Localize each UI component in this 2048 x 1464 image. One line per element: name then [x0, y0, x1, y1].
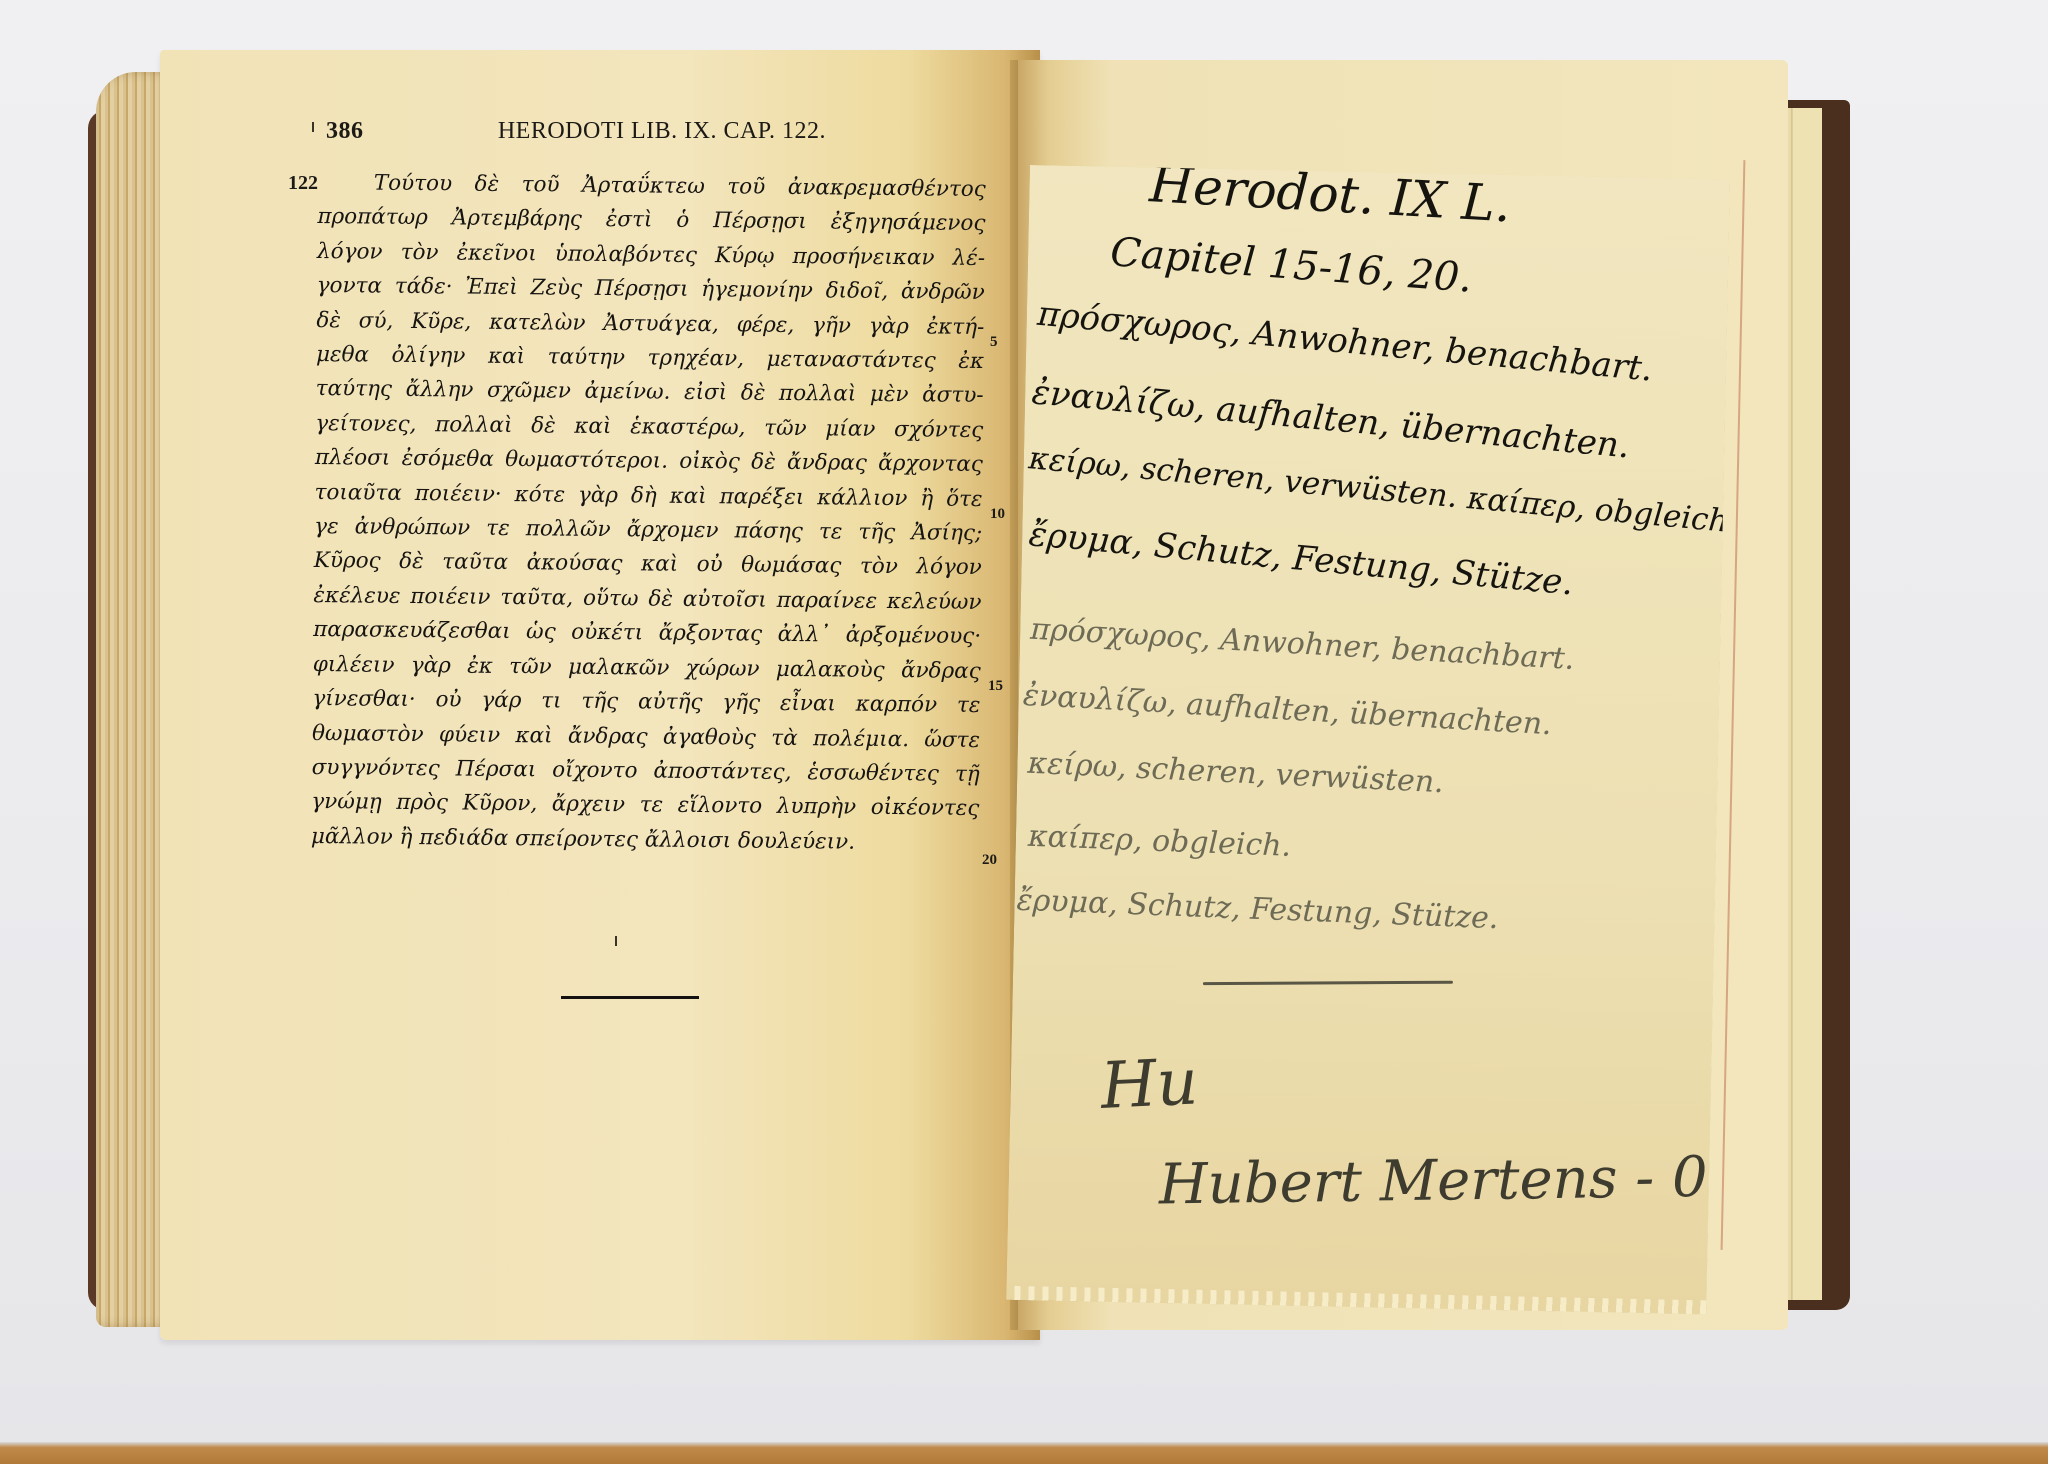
ink-vocab-line: ἔρυμα, Schutz, Festung, Stütze.: [1027, 514, 1575, 603]
handwritten-note-sheet: Herodot. IX L. Capitel 15-16, 20. πρόσχω…: [1006, 165, 1730, 1314]
note-subtitle: Capitel 15-16, 20.: [1109, 229, 1474, 301]
stray-mark: [615, 936, 617, 946]
pencil-vocab-line: καίπερ, obgleich.: [1027, 819, 1291, 864]
pencil-vocab-line: κείρω, scheren, verwüsten.: [1027, 746, 1445, 801]
pencil-vocab-line: ἐναυλίζω, aufhalten, übernachten.: [1022, 678, 1552, 742]
stray-mark: [312, 122, 314, 132]
pencil-vocab-line: ἔρυμα, Schutz, Festung, Stütze.: [1016, 883, 1499, 936]
text-line: μᾶλλον ἢ πεδιάδα σπείροντες ἄλλοισι δουλ…: [311, 820, 979, 861]
section-end-rule: [561, 996, 699, 999]
signature-initials: Hu: [1099, 1045, 1200, 1124]
line-marker-20: 20: [982, 852, 997, 869]
pencil-vocab-line: πρόσχωρος, Anwohner, benachbart.: [1029, 612, 1575, 677]
greek-text-block: Τούτου δὲ τοῦ Ἀρταΰκτεω τοῦ ἀνακρεμασθέν…: [311, 166, 986, 861]
line-marker-5: 5: [990, 334, 998, 351]
ink-vocab-line: πρόσχωρος, Anwohner, benachbart.: [1036, 294, 1654, 390]
chapter-number: 122: [288, 172, 318, 195]
table-edge: [0, 1442, 2048, 1464]
running-head-title: HERODOTI LIB. IX. CAP. 122.: [498, 118, 826, 145]
line-marker-10: 10: [990, 506, 1005, 523]
running-head: 386 HERODOTI LIB. IX. CAP. 122.: [326, 118, 846, 145]
signature-name: Hubert Mertens - 0: [1158, 1145, 1708, 1218]
line-marker-15: 15: [988, 678, 1003, 695]
signature-rule: [1203, 981, 1453, 985]
page-number: 386: [326, 118, 364, 145]
